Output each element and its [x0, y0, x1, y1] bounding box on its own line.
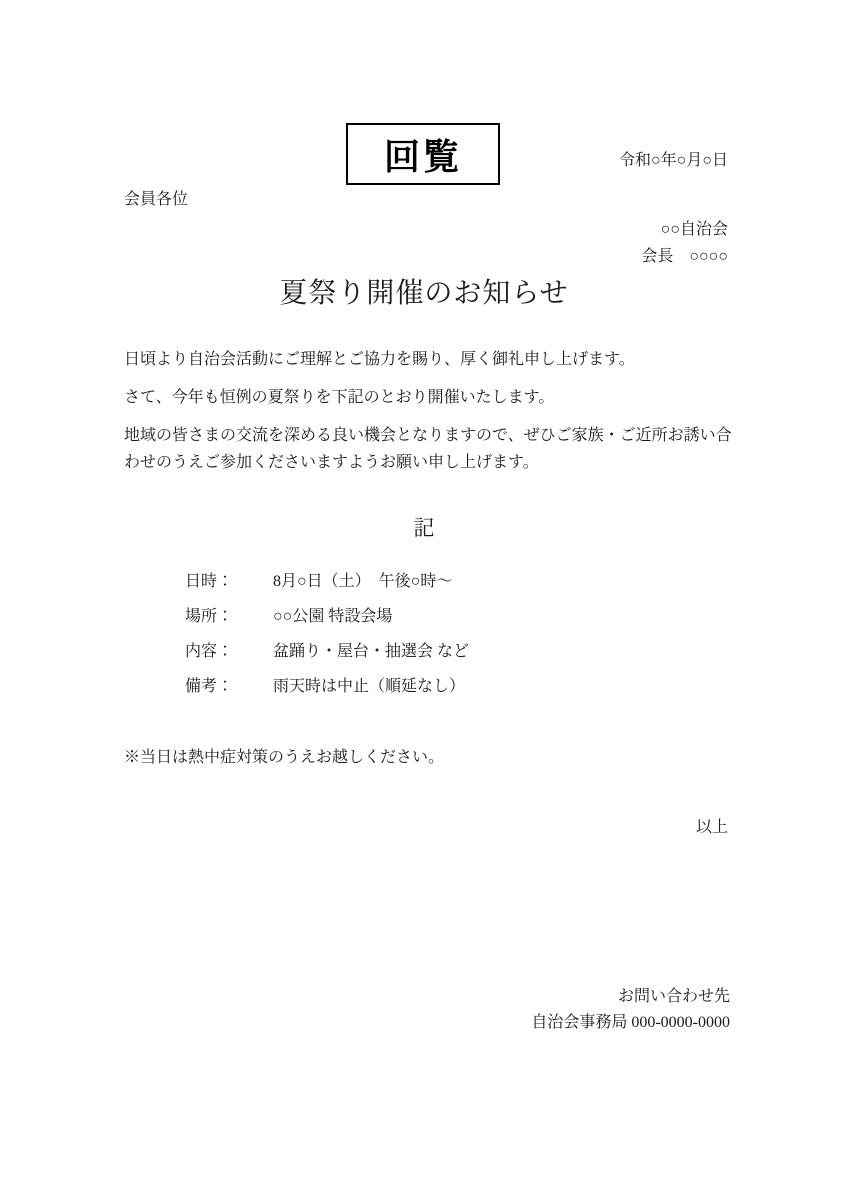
body-text: 日頃より自治会活動にご理解とご協力を賜り、厚く御礼申し上げます。 さて、今年も恒…: [124, 346, 736, 487]
detail-row-contents: 内容： 盆踊り・屋台・抽選会 など: [185, 638, 469, 673]
contact-phone-line: 自治会事務局 000-0000-0000: [531, 1010, 730, 1036]
detail-value: 盆踊り・屋台・抽選会 など: [273, 638, 469, 661]
sender-chairman: 会長 ○○○○: [641, 243, 728, 266]
page-title: 夏祭り開催のお知らせ: [0, 271, 848, 311]
footer-contact-block: お問い合わせ先 自治会事務局 000-0000-0000: [531, 984, 730, 1036]
circular-stamp-box: 回覧: [346, 123, 500, 185]
closing-marker: 以上: [696, 814, 728, 837]
paragraph-greeting: 日頃より自治会活動にご理解とご協力を賜り、厚く御礼申し上げます。: [124, 346, 736, 373]
detail-label: 備考：: [185, 673, 273, 696]
recipient-line: 会員各位: [124, 186, 188, 209]
paragraph-invitation: 地域の皆さまの交流を深める良い機会となりますので、ぜひご家族・ご近所お誘い合わせ…: [124, 422, 736, 476]
detail-value: ○○公園 特設会場: [273, 603, 392, 626]
detail-value: 8月○日（土） 午後○時～: [273, 568, 452, 591]
sender-organization: ○○自治会: [661, 216, 728, 239]
detail-label: 日時：: [185, 568, 273, 591]
detail-row-datetime: 日時： 8月○日（土） 午後○時～: [185, 568, 469, 603]
detail-row-remarks: 備考： 雨天時は中止（順延なし）: [185, 673, 469, 708]
detail-row-place: 場所： ○○公園 特設会場: [185, 603, 469, 638]
detail-value: 雨天時は中止（順延なし）: [273, 673, 465, 696]
event-details-list: 日時： 8月○日（土） 午後○時～ 場所： ○○公園 特設会場 内容： 盆踊り・…: [185, 568, 469, 708]
circular-stamp-label: 回覧: [384, 129, 462, 180]
document-date: 令和○年○月○日: [619, 147, 728, 170]
circular-notice-page: 回覧 令和○年○月○日 会員各位 ○○自治会 会長 ○○○○ 夏祭り開催のお知ら…: [0, 0, 848, 1200]
detail-label: 内容：: [185, 638, 273, 661]
record-marker: 記: [0, 512, 848, 542]
detail-label: 場所：: [185, 603, 273, 626]
caution-note: ※当日は熱中症対策のうえお越しください。: [124, 744, 444, 767]
paragraph-announcement: さて、今年も恒例の夏祭りを下記のとおり開催いたします。: [124, 384, 736, 411]
contact-heading: お問い合わせ先: [531, 984, 730, 1010]
